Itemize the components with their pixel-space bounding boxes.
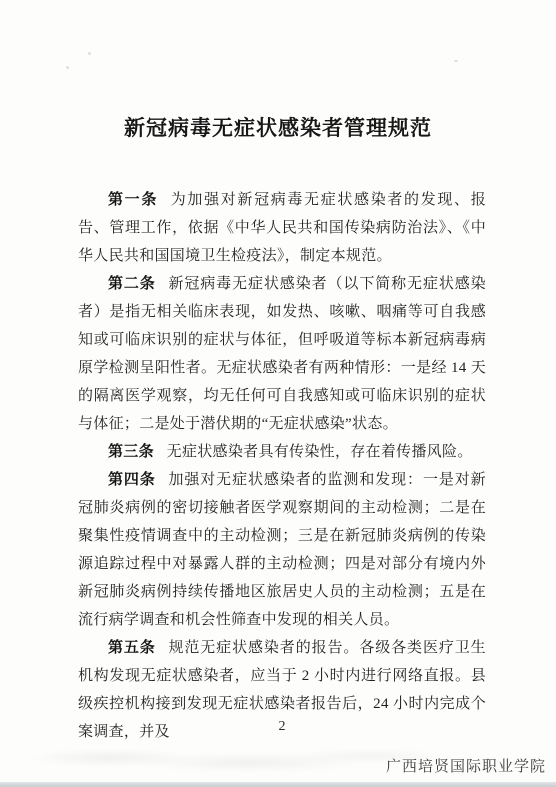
article-5-label: 第五条 <box>108 640 156 656</box>
document-body: 第一条为加强对新冠病毒无症状感染者的发现、报告、管理工作，依据《中华人民共和国传… <box>78 186 486 746</box>
scan-speckle <box>88 52 91 55</box>
scan-speckle <box>66 66 69 69</box>
scan-artifact-strip <box>0 782 556 787</box>
article-3: 第三条无症状感染者具有传染性，存在着传播风险。 <box>78 438 486 466</box>
article-4-text: 加强对无症状感染者的监测和发现：一是对新冠肺炎病例的密切接触者医学观察期间的主动… <box>78 472 486 628</box>
page-number: 2 <box>78 719 486 735</box>
document-page: 新冠病毒无症状感染者管理规范 第一条为加强对新冠病毒无症状感染者的发现、报告、管… <box>0 0 556 787</box>
article-4-label: 第四条 <box>108 472 156 488</box>
article-3-label: 第三条 <box>108 444 154 460</box>
article-1-label: 第一条 <box>108 192 158 208</box>
article-3-text: 无症状感染者具有传染性，存在着传播风险。 <box>167 444 473 460</box>
document-title: 新冠病毒无症状感染者管理规范 <box>0 112 556 142</box>
scan-speckle <box>454 60 458 62</box>
scan-artifact-shadow <box>30 745 430 777</box>
article-2: 第二条新冠病毒无症状感染者（以下简称无症状感染者）是指无相关临床表现，如发热、咳… <box>78 270 486 438</box>
article-2-text: 新冠病毒无症状感染者（以下简称无症状感染者）是指无相关临床表现，如发热、咳嗽、咽… <box>78 276 486 432</box>
article-4: 第四条加强对无症状感染者的监测和发现：一是对新冠肺炎病例的密切接触者医学观察期间… <box>78 466 486 634</box>
article-1: 第一条为加强对新冠病毒无症状感染者的发现、报告、管理工作，依据《中华人民共和国传… <box>78 186 486 270</box>
article-2-label: 第二条 <box>108 276 156 292</box>
